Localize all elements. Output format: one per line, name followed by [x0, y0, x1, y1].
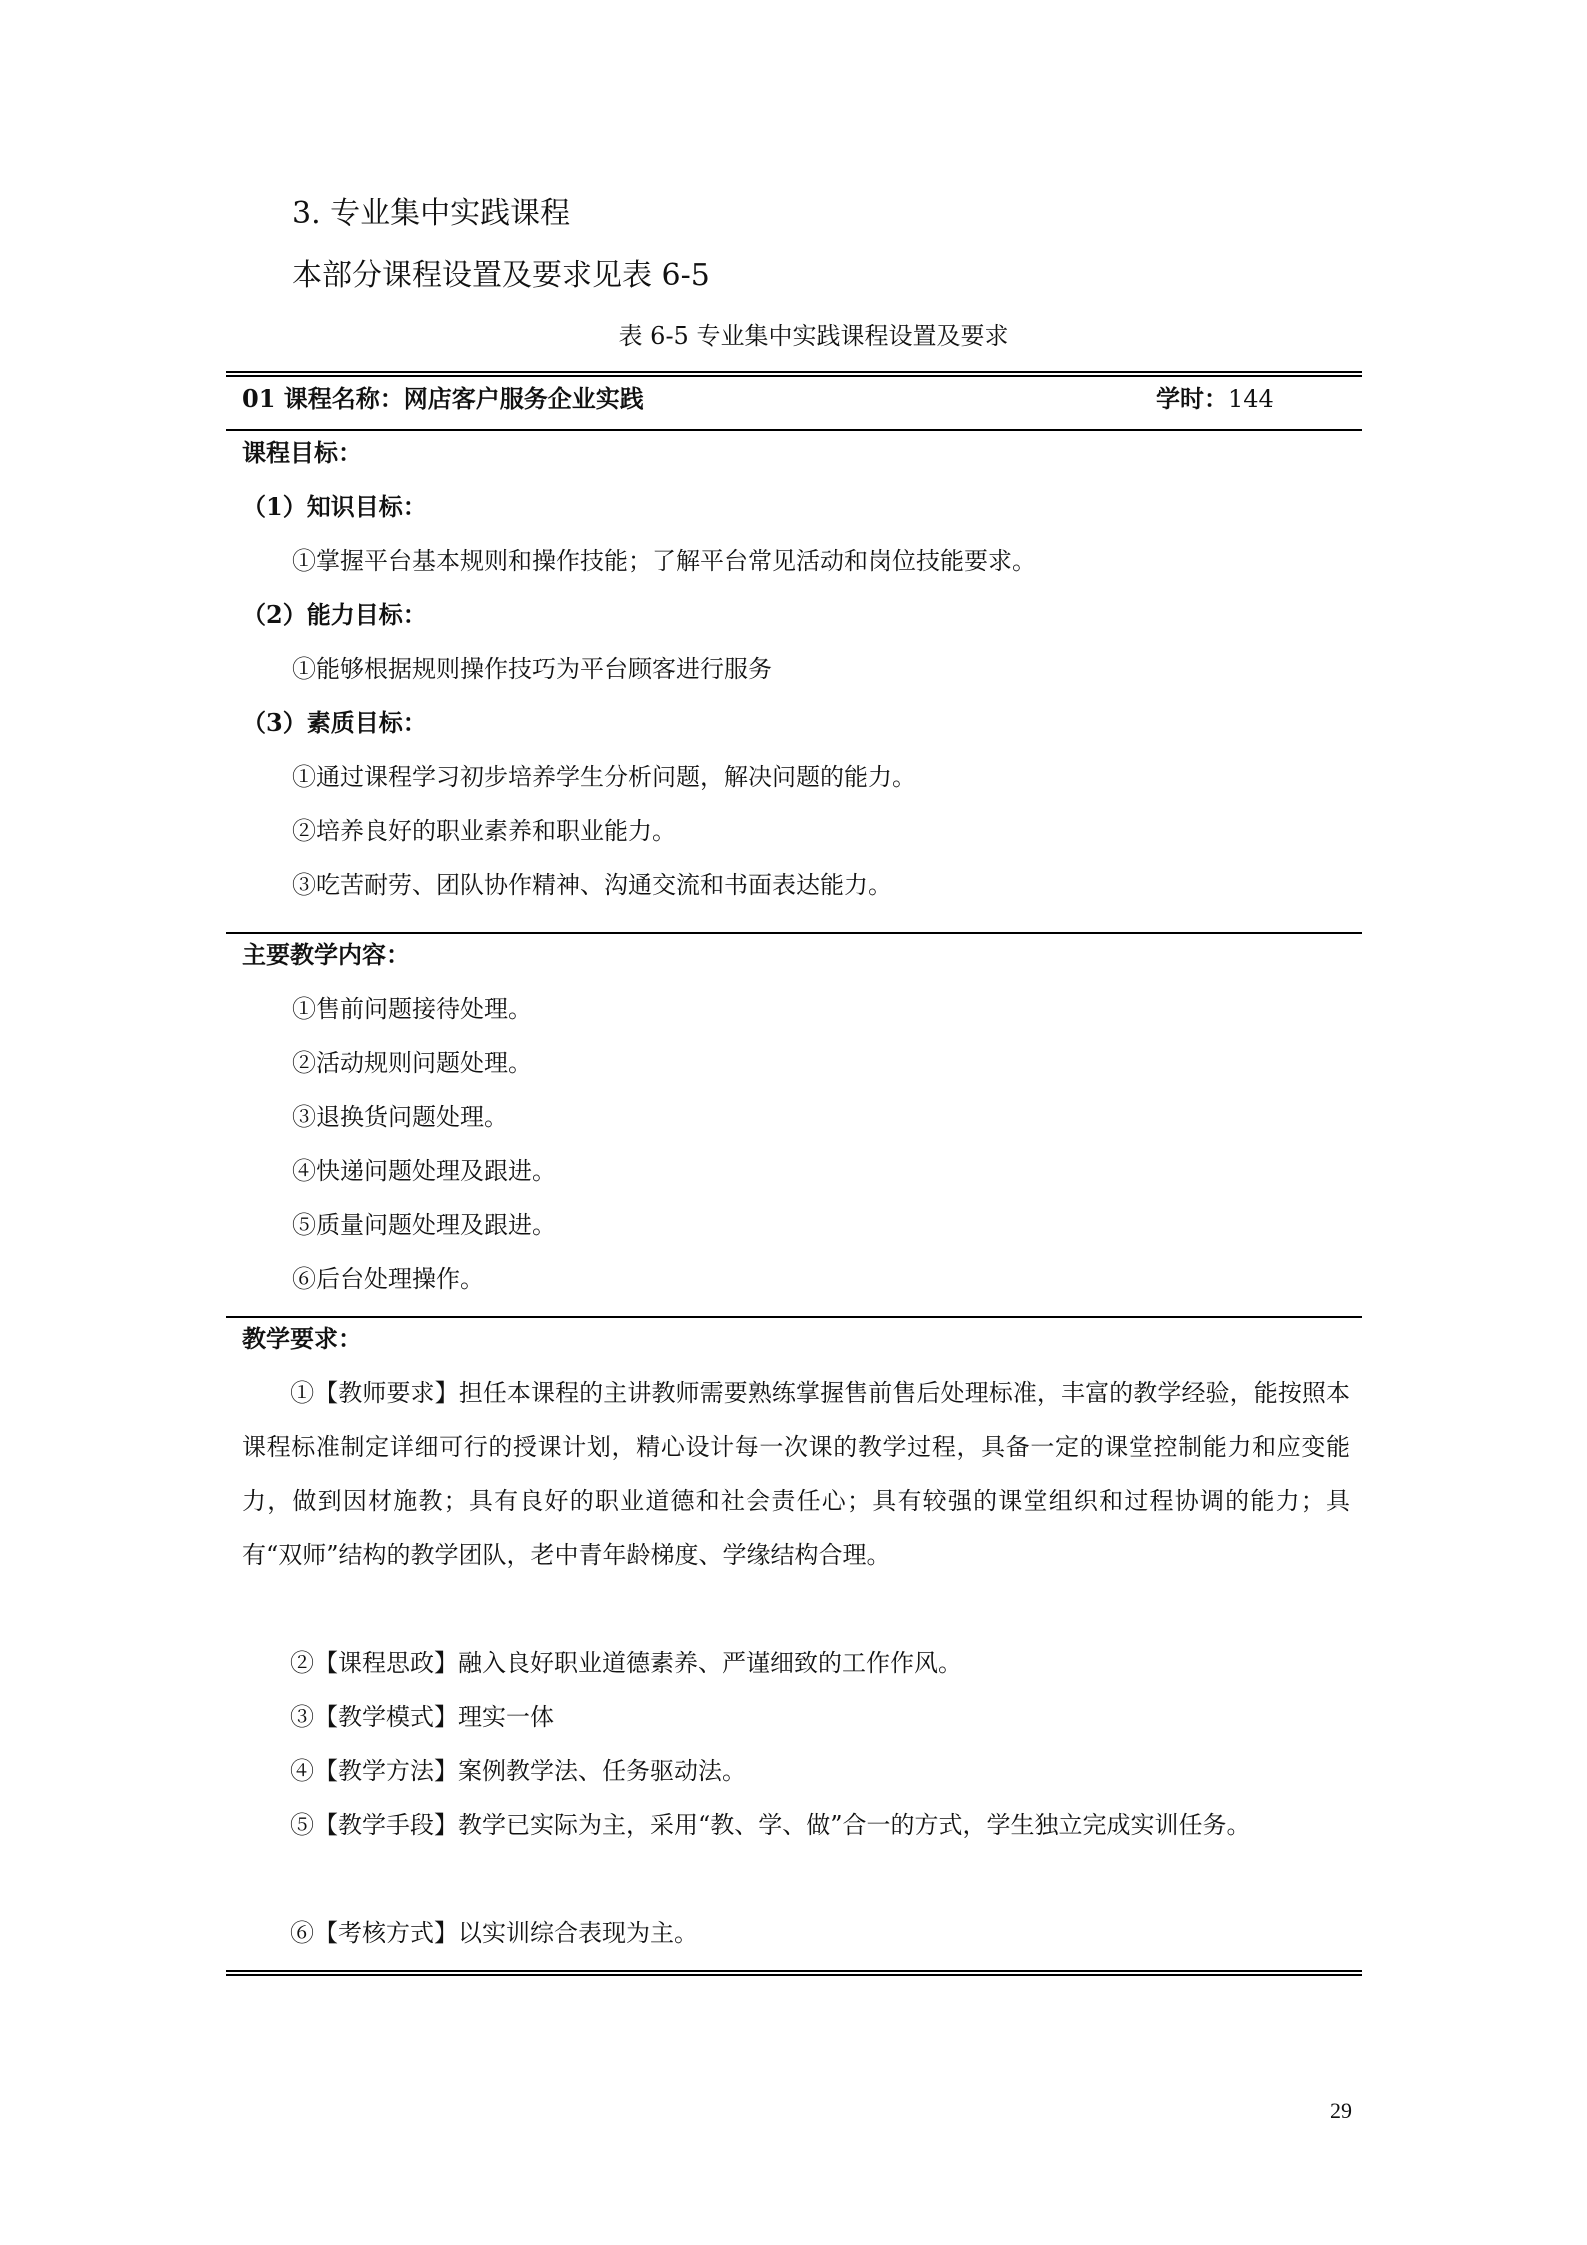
page-number: 29	[1330, 2098, 1352, 2124]
section-heading: 3. 专业集中实践课程	[292, 194, 570, 234]
table-bottom-rule	[226, 1970, 1362, 1976]
requirements-title: 教学要求：	[242, 1323, 362, 1355]
requirement-text: ⑥【考核方式】以实训综合表现为主。	[290, 1919, 698, 1947]
objectives-title: 课程目标：	[242, 437, 362, 469]
objective-item: ①能够根据规则操作技巧为平台顾客进行服务	[292, 653, 772, 685]
header-rule	[226, 429, 1362, 431]
requirement-item: ③【教学模式】理实一体	[242, 1690, 1350, 1744]
requirement-text: ③【教学模式】理实一体	[290, 1703, 554, 1731]
requirement-text: ①【教师要求】担任本课程的主讲教师需要熟练掌握售前售后处理标准，丰富的教学经验，…	[242, 1379, 1350, 1569]
requirement-text: ⑤【教学手段】教学已实际为主，采用“教、学、做”合一的方式，学生独立完成实训任务…	[290, 1811, 1251, 1839]
requirement-text: ②【课程思政】融入良好职业道德素养、严谨细致的工作作风。	[290, 1649, 962, 1677]
course-table: 01 课程名称：网店客户服务企业实践 学时：144 课程目标： （1）知识目标：…	[226, 371, 1362, 1976]
requirement-text: ④【教学方法】案例教学法、任务驱动法。	[290, 1757, 746, 1785]
objective-item: ②培养良好的职业素养和职业能力。	[292, 815, 676, 847]
table-top-rule	[226, 371, 1362, 377]
content-item: ①售前问题接待处理。	[292, 993, 532, 1025]
content-item: ⑥后台处理操作。	[292, 1263, 484, 1295]
content-item: ③退换货问题处理。	[292, 1101, 508, 1133]
requirement-item: ⑥【考核方式】以实训综合表现为主。	[242, 1906, 1350, 1960]
course-hours-label: 学时：	[1156, 384, 1228, 413]
objectives-rule	[226, 932, 1362, 934]
objective-item: ①掌握平台基本规则和操作技能；了解平台常见活动和岗位技能要求。	[292, 545, 1036, 577]
requirement-item: ⑤【教学手段】教学已实际为主，采用“教、学、做”合一的方式，学生独立完成实训任务…	[242, 1798, 1350, 1852]
course-hours-value: 144	[1228, 385, 1274, 413]
course-name: 01 课程名称：网店客户服务企业实践	[242, 383, 644, 415]
content-rule	[226, 1316, 1362, 1318]
content-title: 主要教学内容：	[242, 939, 410, 971]
objective-group-knowledge: （1）知识目标：	[242, 491, 427, 523]
course-hours: 学时：144	[1156, 383, 1274, 415]
content-item: ⑤质量问题处理及跟进。	[292, 1209, 556, 1241]
objective-item: ③吃苦耐劳、团队协作精神、沟通交流和书面表达能力。	[292, 869, 892, 901]
objective-group-ability: （2）能力目标：	[242, 599, 427, 631]
objective-item: ①通过课程学习初步培养学生分析问题，解决问题的能力。	[292, 761, 916, 793]
requirement-item: ④【教学方法】案例教学法、任务驱动法。	[242, 1744, 1350, 1798]
section-intro: 本部分课程设置及要求见表 6-5	[292, 256, 710, 296]
table-caption: 表 6-5 专业集中实践课程设置及要求	[0, 320, 1587, 352]
content-item: ④快递问题处理及跟进。	[292, 1155, 556, 1187]
objective-group-quality: （3）素质目标：	[242, 707, 427, 739]
requirement-item: ①【教师要求】担任本课程的主讲教师需要熟练掌握售前售后处理标准，丰富的教学经验，…	[242, 1366, 1350, 1582]
requirement-item: ②【课程思政】融入良好职业道德素养、严谨细致的工作作风。	[242, 1636, 1350, 1690]
content-item: ②活动规则问题处理。	[292, 1047, 532, 1079]
